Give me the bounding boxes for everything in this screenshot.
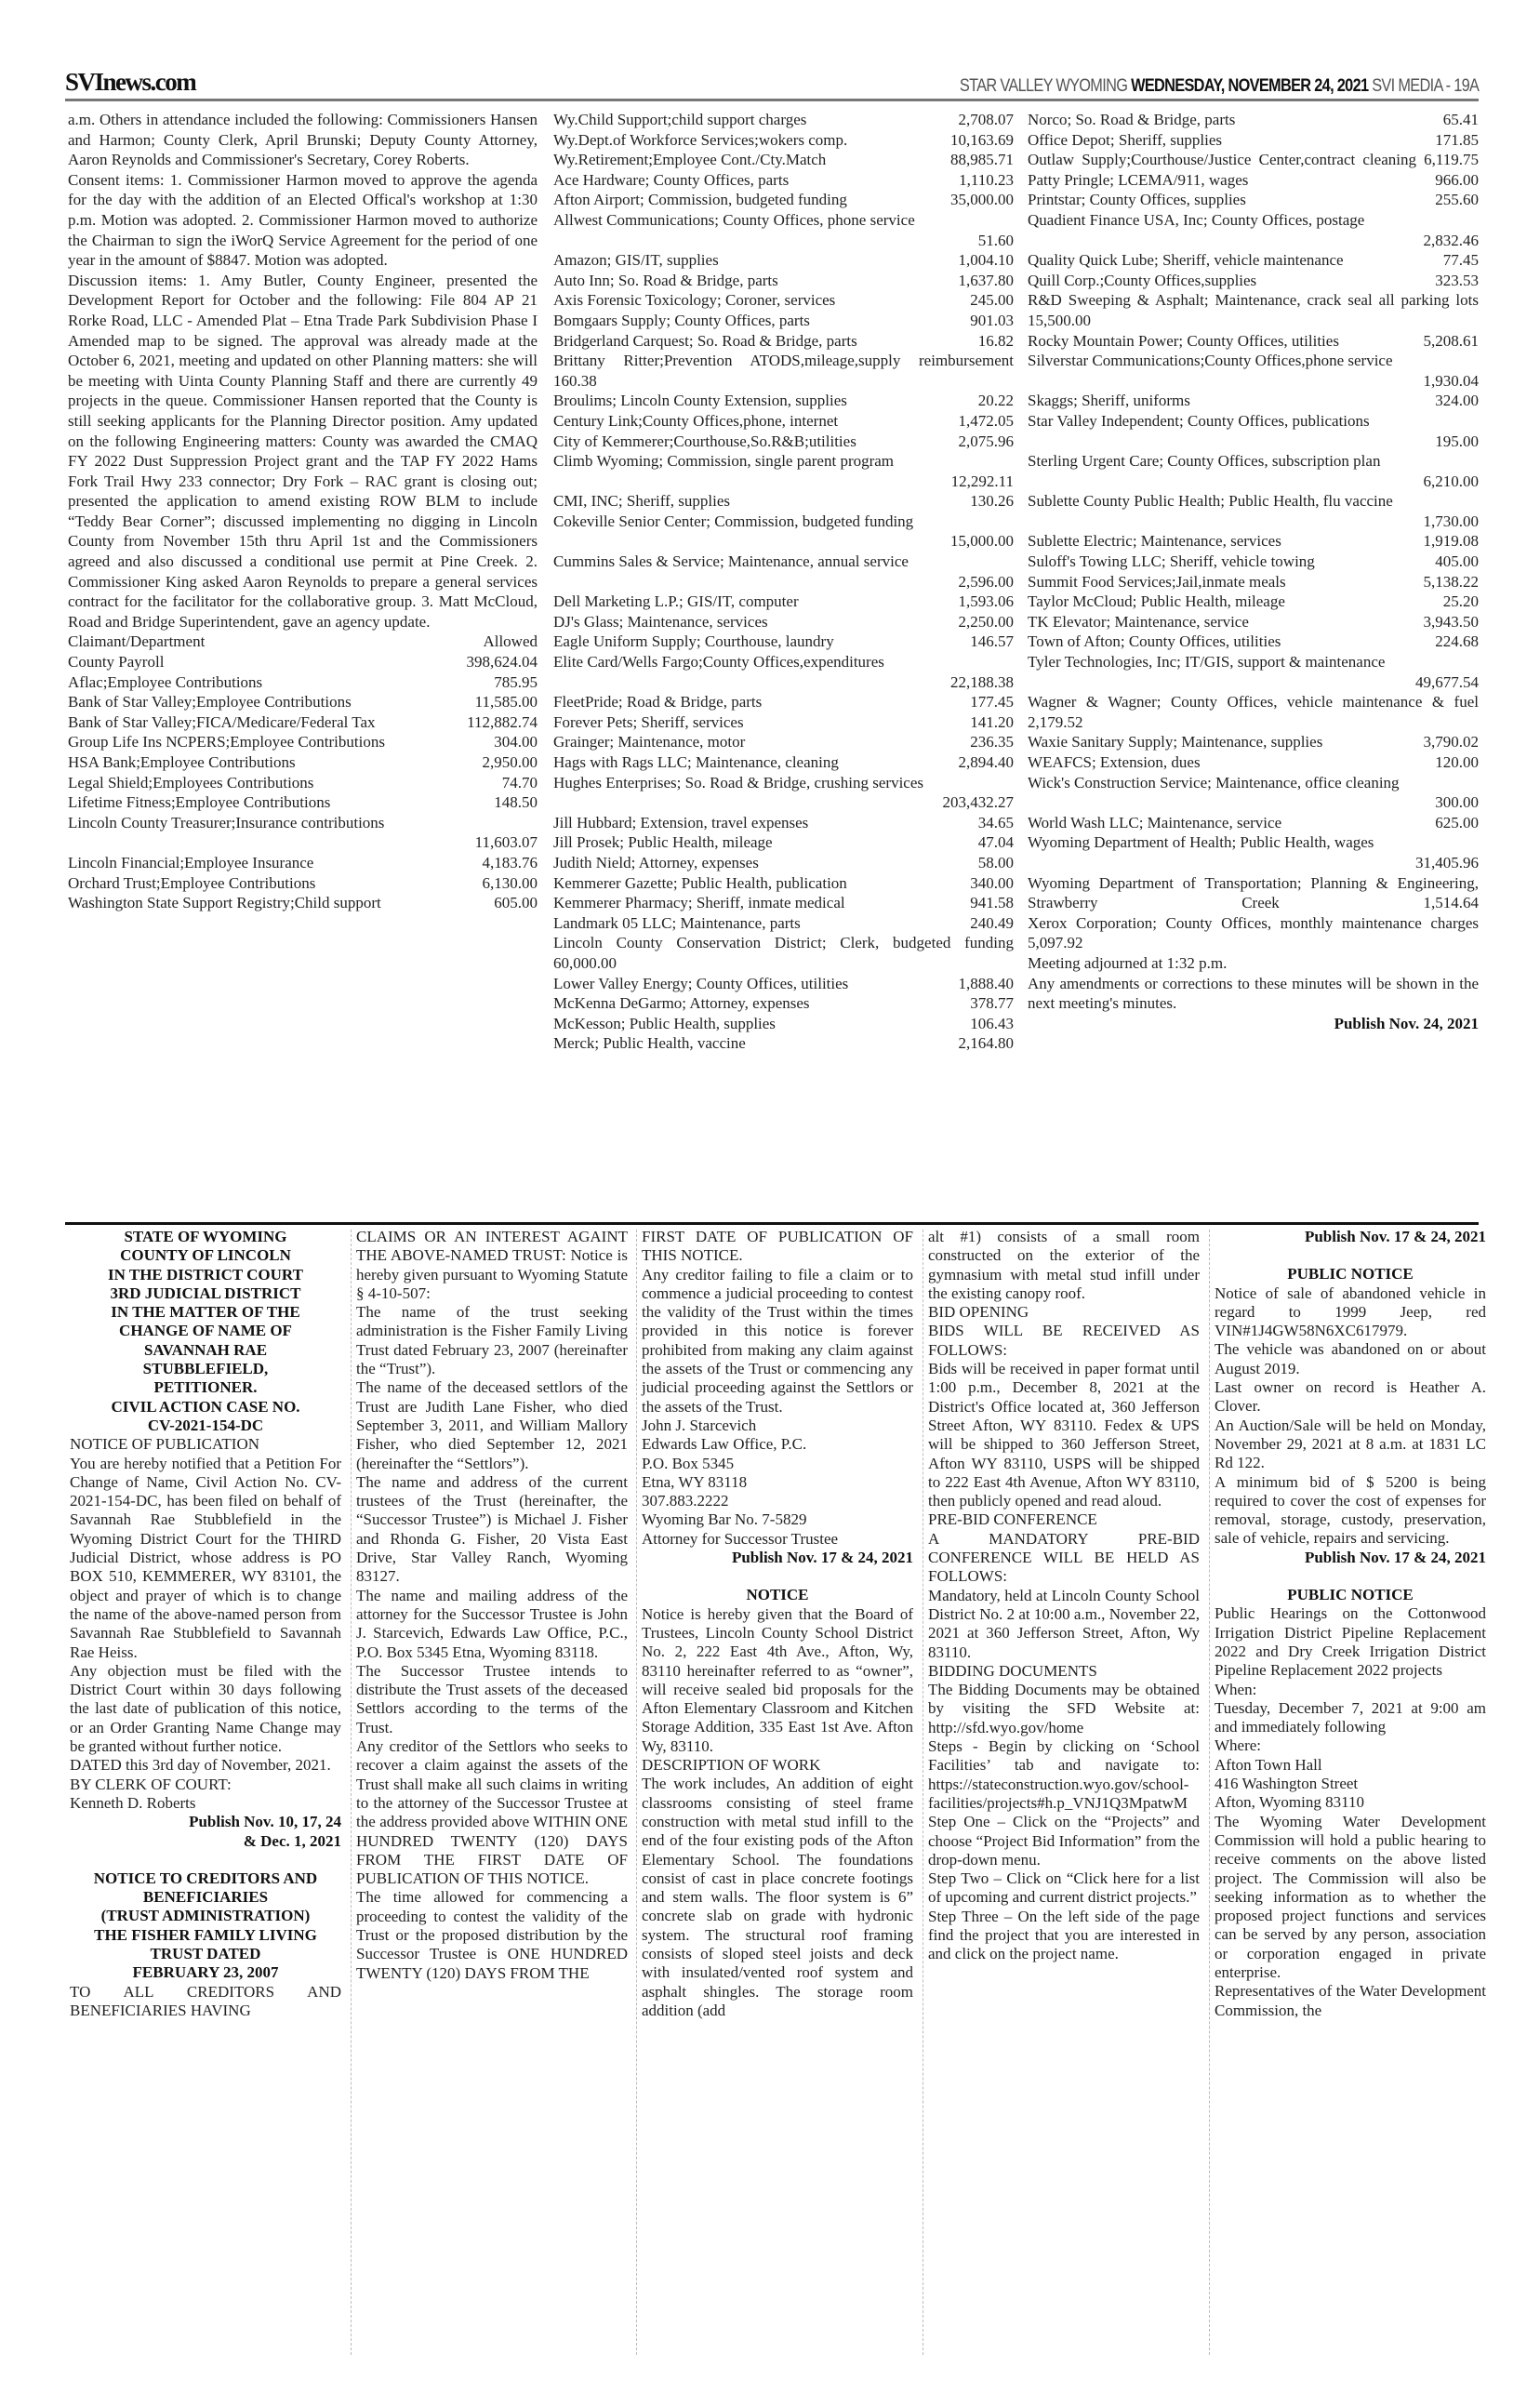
column-separator [1209, 1230, 1210, 2355]
column-separator [351, 1230, 352, 2355]
claim-row: Wagner & Wagner; County Offices, vehicle… [1028, 692, 1479, 732]
notice-paragraph: You are hereby notified that a Petition … [70, 1455, 341, 1662]
claim-row: Wy.Retirement;Employee Cont./Cty.Match88… [553, 150, 1014, 170]
notice-paragraph: Bids will be received in paper format un… [928, 1360, 1200, 1510]
claim-name: Auto Inn; So. Road & Bridge, parts [553, 271, 778, 291]
edition-line: STAR VALLEY WYOMING WEDNESDAY, NOVEMBER … [960, 76, 1479, 97]
notice-paragraph: Where: [1215, 1736, 1486, 1755]
signature-line: P.O. Box 5345 [642, 1455, 913, 1473]
claim-row: Broulims; Lincoln County Extension, supp… [553, 391, 1014, 411]
publish-date: Publish Nov. 24, 2021 [1028, 1014, 1479, 1034]
claim-amount: 1,514.64 [1424, 894, 1480, 911]
minutes-paragraph: a.m. Others in attendance included the f… [68, 110, 538, 170]
notice-paragraph: Steps - Begin by clicking on ‘School Fac… [928, 1737, 1200, 1813]
claim-row: Aflac;Employee Contributions785.95 [68, 672, 538, 693]
claim-amount: 398,624.04 [461, 652, 538, 672]
claim-amount: 941.58 [964, 893, 1014, 913]
minutes-column-1: a.m. Others in attendance included the f… [68, 110, 538, 913]
notice-paragraph: Step Two – Click on “Click here for a li… [928, 1869, 1200, 1908]
attorney-signature: John J. StarcevichEdwards Law Office, P.… [642, 1417, 913, 1549]
notice-paragraph: The vehicle was abandoned on or about Au… [1215, 1340, 1486, 1378]
site-name[interactable]: SVInews.com [65, 68, 195, 97]
claim-row: R&D Sweeping & Asphalt; Maintenance, cra… [1028, 290, 1479, 330]
claim-row: Taylor McCloud; Public Health, mileage25… [1028, 592, 1479, 612]
claims-list-3: Norco; So. Road & Bridge, parts65.41Offi… [1028, 110, 1479, 953]
claim-row: City of Kemmerer;Courthouse,So.R&B;utili… [553, 432, 1014, 452]
claim-row: Amazon; GIS/IT, supplies1,004.10 [553, 250, 1014, 271]
claim-amount: 1,919.08 [1418, 531, 1480, 552]
claim-row: Outlaw Supply;Courthouse/Justice Center,… [1028, 150, 1479, 170]
claim-name: Silverstar Communications;County Offices… [1028, 351, 1479, 371]
claim-name: Cummins Sales & Service; Maintenance, an… [553, 552, 1014, 572]
claim-amount: 148.50 [488, 792, 538, 813]
claim-amount: 74.70 [497, 773, 538, 793]
claim-name: HSA Bank;Employee Contributions [68, 752, 296, 773]
claim-name: Wy.Retirement;Employee Cont./Cty.Match [553, 150, 826, 170]
claim-row: Afton Airport; Commission, budgeted fund… [553, 190, 1014, 210]
heading-line: IN THE MATTER OF THE [70, 1303, 341, 1322]
claim-name: Brittany Ritter;Prevention ATODS,mileage… [553, 352, 1014, 369]
claim-amount: 378.77 [964, 993, 1014, 1014]
claim-row: Lincoln County Conservation District; Cl… [553, 933, 1014, 973]
claim-name: Dell Marketing L.P.; GIS/IT, computer [553, 592, 799, 612]
claim-name: Wagner & Wagner; County Offices, vehicle… [1028, 693, 1479, 711]
signature-line: John J. Starcevich [642, 1417, 913, 1435]
claim-row: Rocky Mountain Power; County Offices, ut… [1028, 331, 1479, 352]
claim-row: Hags with Rags LLC; Maintenance, cleanin… [553, 752, 1014, 773]
notice-subhead: NOTICE OF PUBLICATION [70, 1435, 341, 1454]
notice-paragraph: A minimum bid of $ 5200 is being require… [1215, 1473, 1486, 1549]
claim-name: Kemmerer Pharmacy; Sheriff, inmate medic… [553, 893, 845, 913]
claim-amount: 120.00 [1429, 752, 1479, 773]
claim-row: Forever Pets; Sheriff, services141.20 [553, 712, 1014, 733]
claim-name: DJ's Glass; Maintenance, services [553, 612, 768, 632]
claim-row: World Wash LLC; Maintenance, service625.… [1028, 813, 1479, 833]
claim-name: Waxie Sanitary Supply; Maintenance, supp… [1028, 732, 1322, 752]
heading-line: PETITIONER. [70, 1378, 341, 1397]
claim-row: Merck; Public Health, vaccine2,164.80 [553, 1033, 1014, 1054]
notice-paragraph: BIDDING DOCUMENTS [928, 1662, 1200, 1681]
claim-amount: 130.26 [964, 491, 1014, 512]
claim-name: Cokeville Senior Center; Commission, bud… [553, 512, 1014, 532]
claim-name: CMI, INC; Sheriff, supplies [553, 491, 730, 512]
signature-line: Etna, WY 83118 [642, 1473, 913, 1492]
claim-row: Kemmerer Gazette; Public Health, publica… [553, 873, 1014, 894]
publish-date: Publish Nov. 10, 17, 24 [70, 1813, 341, 1831]
heading-line: FEBRUARY 23, 2007 [70, 1963, 341, 1982]
claim-name: Washington State Support Registry;Child … [68, 893, 381, 913]
claim-name: Skaggs; Sheriff, uniforms [1028, 391, 1190, 411]
claim-name: Town of Afton; County Offices, utilities [1028, 632, 1281, 652]
claim-name: Summit Food Services;Jail,inmate meals [1028, 572, 1286, 592]
claim-name: Wyoming Department of Health; Public Hea… [1028, 832, 1479, 853]
notice-paragraph: When: [1215, 1681, 1486, 1699]
notice-paragraph: Notice is hereby given that the Board of… [642, 1605, 913, 1756]
claim-amount: 245.00 [964, 290, 1014, 311]
claim-amount: 304.00 [488, 732, 538, 752]
claim-row: WEAFCS; Extension, dues120.00 [1028, 752, 1479, 773]
claim-amount: 203,432.27 [553, 792, 1014, 813]
heading-line: THE FISHER FAMILY LIVING [70, 1926, 341, 1945]
claims-header: Claimant/Department Allowed [68, 632, 538, 652]
edition-prefix: STAR VALLEY WYOMING [960, 76, 1127, 96]
claim-row: Town of Afton; County Offices, utilities… [1028, 632, 1479, 652]
bid-notice-body: Notice is hereby given that the Board of… [642, 1605, 913, 2021]
heading-line: CIVIL ACTION CASE NO. [70, 1398, 341, 1417]
notice-heading: PUBLIC NOTICE [1215, 1265, 1486, 1284]
claim-amount: 2,596.00 [553, 572, 1014, 592]
claim-name: Legal Shield;Employees Contributions [68, 773, 313, 793]
claim-amount: 195.00 [1028, 432, 1479, 452]
claim-name: Wyoming Department of Transportation; Pl… [1028, 874, 1479, 912]
notice-paragraph: Mandatory, held at Lincoln County School… [928, 1587, 1200, 1662]
claim-row: Eagle Uniform Supply; Courthouse, laundr… [553, 632, 1014, 652]
heading-line: NOTICE TO CREDITORS AND [70, 1869, 341, 1888]
claim-amount: 31,405.96 [1028, 853, 1479, 873]
claim-row: Summit Food Services;Jail,inmate meals5,… [1028, 572, 1479, 592]
notice-paragraph: The name and mailing address of the atto… [356, 1587, 628, 1662]
notice-heading: PUBLIC NOTICE [1215, 1586, 1486, 1604]
claim-amount: 324.00 [1429, 391, 1479, 411]
trust-notice-heading: NOTICE TO CREDITORS ANDBENEFICIARIES(TRU… [70, 1869, 341, 1983]
claim-row: Washington State Support Registry;Child … [68, 893, 538, 913]
claim-name: Norco; So. Road & Bridge, parts [1028, 110, 1235, 130]
notice-paragraph: BID OPENING [928, 1303, 1200, 1322]
claim-amount: 2,894.40 [953, 752, 1015, 773]
claim-amount: 88,985.71 [945, 150, 1014, 170]
claims-list-2: Wy.Child Support;child support charges2,… [553, 110, 1014, 1054]
claim-row: Orchard Trust;Employee Contributions6,13… [68, 873, 538, 894]
notice-paragraph: Last owner on record is Heather A. Clove… [1215, 1378, 1486, 1417]
publish-date: Publish Nov. 17 & 24, 2021 [1215, 1549, 1486, 1567]
claim-amount: 146.57 [964, 632, 1014, 652]
claim-amount: 77.45 [1438, 250, 1479, 271]
notice-paragraph: Step One – Click on the “Projects” and c… [928, 1813, 1200, 1869]
signature-line: 307.883.2222 [642, 1492, 913, 1510]
heading-line: IN THE DISTRICT COURT [70, 1266, 341, 1284]
claim-name: Eagle Uniform Supply; Courthouse, laundr… [553, 632, 834, 652]
claim-amount: 1,730.00 [1028, 512, 1479, 532]
claim-amount: 34.65 [973, 813, 1014, 833]
heading-line: STUBBLEFIELD, [70, 1360, 341, 1378]
claim-amount: 785.95 [488, 672, 538, 693]
signature-line: Wyoming Bar No. 7-5829 [642, 1510, 913, 1529]
claim-name: Wy.Dept.of Workforce Services;wokers com… [553, 130, 847, 151]
claim-amount: 236.35 [964, 732, 1014, 752]
claim-row: Bridgerland Carquest; So. Road & Bridge,… [553, 331, 1014, 352]
claim-amount: 2,179.52 [1028, 713, 1083, 731]
claim-name: Broulims; Lincoln County Extension, supp… [553, 391, 847, 411]
notice-paragraph: Representatives of the Water Development… [1215, 1982, 1486, 2020]
claim-row: Wy.Dept.of Workforce Services;wokers com… [553, 130, 1014, 151]
heading-line: CV-2021-154-DC [70, 1417, 341, 1435]
claim-row: Jill Hubbard; Extension, travel expenses… [553, 813, 1014, 833]
claim-row: McKenna DeGarmo; Attorney, expenses378.7… [553, 993, 1014, 1014]
claim-row: DJ's Glass; Maintenance, services2,250.0… [553, 612, 1014, 632]
claim-name: Wy.Child Support;child support charges [553, 110, 806, 130]
claim-name: Sublette Electric; Maintenance, services [1028, 531, 1281, 552]
notice-column-3: FIRST DATE OF PUBLICATION OF THIS NOTICE… [642, 1228, 913, 2020]
claim-amount: 3,790.02 [1418, 732, 1480, 752]
notice-paragraph: Any objection must be filed with the Dis… [70, 1662, 341, 1756]
claim-amount: 2,075.96 [953, 432, 1015, 452]
claim-row: Norco; So. Road & Bridge, parts65.41 [1028, 110, 1479, 130]
claim-name: Hags with Rags LLC; Maintenance, cleanin… [553, 752, 839, 773]
claim-row: Office Depot; Sheriff, supplies171.85 [1028, 130, 1479, 151]
claim-name: Lifetime Fitness;Employee Contributions [68, 792, 330, 813]
claim-name: McKesson; Public Health, supplies [553, 1014, 776, 1034]
notice-paragraph: CLAIMS OR AN INTEREST AGAINT THE ABOVE-N… [356, 1228, 628, 1303]
claim-row: Lincoln Financial;Employee Insurance4,18… [68, 853, 538, 873]
claim-name: Lower Valley Energy; County Offices, uti… [553, 974, 848, 994]
claim-name: Forever Pets; Sheriff, services [553, 712, 744, 733]
claim-name: McKenna DeGarmo; Attorney, expenses [553, 993, 810, 1014]
claim-row: Landmark 05 LLC; Maintenance, parts240.4… [553, 913, 1014, 934]
notice-paragraph: Tuesday, December 7, 2021 at 9:00 am and… [1215, 1699, 1486, 1737]
claim-row: CMI, INC; Sheriff, supplies130.26 [553, 491, 1014, 512]
claim-name: City of Kemmerer;Courthouse,So.R&B;utili… [553, 432, 856, 452]
claim-amount: 5,097.92 [1028, 934, 1083, 951]
signature-line: Attorney for Successor Trustee [642, 1530, 913, 1549]
claim-row: Patty Pringle; LCEMA/911, wages966.00 [1028, 170, 1479, 191]
claim-name: Outlaw Supply;Courthouse/Justice Center,… [1028, 151, 1424, 168]
claim-row: Kemmerer Pharmacy; Sheriff, inmate medic… [553, 893, 1014, 913]
claim-amount: 2,832.46 [1028, 231, 1479, 251]
claim-row: Axis Forensic Toxicology; Coroner, servi… [553, 290, 1014, 311]
claim-amount: 1,110.23 [953, 170, 1014, 191]
masthead: SVInews.com STAR VALLEY WYOMING WEDNESDA… [65, 63, 1479, 97]
claim-amount: 106.43 [964, 1014, 1014, 1034]
claim-amount: 12,292.11 [553, 472, 1014, 492]
heading-line: TRUST DATED [70, 1945, 341, 1963]
notice-paragraph: The name of the trust seeking administra… [356, 1303, 628, 1378]
claim-amount: 3,943.50 [1418, 612, 1480, 632]
claim-amount: 4,183.76 [477, 853, 538, 873]
claim-name: World Wash LLC; Maintenance, service [1028, 813, 1281, 833]
claim-name: Grainger; Maintenance, motor [553, 732, 745, 752]
claim-name: Lincoln Financial;Employee Insurance [68, 853, 313, 873]
claim-name: Orchard Trust;Employee Contributions [68, 873, 315, 894]
claim-row: Lifetime Fitness;Employee Contributions1… [68, 792, 538, 813]
claim-amount: 177.45 [964, 692, 1014, 712]
claim-amount: 25.20 [1438, 592, 1479, 612]
notice-column-4: alt #1) consists of a small room constru… [928, 1228, 1200, 1964]
claim-name: Judith Nield; Attorney, expenses [553, 853, 759, 873]
notice-paragraph: 416 Washington Street [1215, 1775, 1486, 1793]
claim-amount: 11,585.00 [470, 692, 538, 712]
claim-name: Group Life Ins NCPERS;Employee Contribut… [68, 732, 385, 752]
heading-line: CHANGE OF NAME OF [70, 1322, 341, 1340]
vehicle-notice-body: Notice of sale of abandoned vehicle in r… [1215, 1284, 1486, 1549]
notice-paragraph: DESCRIPTION OF WORK [642, 1756, 913, 1775]
claim-name: Star Valley Independent; County Offices,… [1028, 411, 1479, 432]
notice-column-5: Publish Nov. 17 & 24, 2021 PUBLIC NOTICE… [1215, 1228, 1486, 2020]
claim-row: Wyoming Department of Transportation; Pl… [1028, 873, 1479, 913]
claim-name: Allwest Communications; County Offices, … [553, 210, 1014, 231]
notice-paragraph: The work includes, An addition of eight … [642, 1775, 913, 2020]
claim-row: Skaggs; Sheriff, uniforms324.00 [1028, 391, 1479, 411]
notice-paragraph: The time allowed for commencing a procee… [356, 1888, 628, 1982]
claim-name: FleetPride; Road & Bridge, parts [553, 692, 762, 712]
claim-row: Jill Prosek; Public Health, mileage47.04 [553, 832, 1014, 853]
claim-name: Sterling Urgent Care; County Offices, su… [1028, 451, 1479, 472]
allowed-header: Allowed [477, 632, 538, 652]
claim-row: Xerox Corporation; County Offices, month… [1028, 913, 1479, 953]
claim-name: Rocky Mountain Power; County Offices, ut… [1028, 331, 1339, 352]
name-change-heading: STATE OF WYOMINGCOUNTY OF LINCOLNIN THE … [70, 1228, 341, 1435]
claim-row: Printstar; County Offices, supplies255.6… [1028, 190, 1479, 210]
claim-amount: 1,472.05 [953, 411, 1015, 432]
notice-paragraph: FIRST DATE OF PUBLICATION OF THIS NOTICE… [642, 1228, 913, 1266]
claim-row: HSA Bank;Employee Contributions2,950.00 [68, 752, 538, 773]
claim-row: Century Link;County Offices,phone, inter… [553, 411, 1014, 432]
notice-paragraph: TO ALL CREDITORS AND BENEFICIARIES HAVIN… [70, 1983, 341, 2021]
claim-name: Century Link;County Offices,phone, inter… [553, 411, 838, 432]
claim-name: Xerox Corporation; County Offices, month… [1028, 914, 1479, 932]
claim-name: Elite Card/Wells Fargo;County Offices,ex… [553, 652, 1014, 672]
claim-amount: 10,163.69 [945, 130, 1014, 151]
claim-row: Waxie Sanitary Supply; Maintenance, supp… [1028, 732, 1479, 752]
claim-name: Bank of Star Valley;Employee Contributio… [68, 692, 352, 712]
claim-row: Grainger; Maintenance, motor236.35 [553, 732, 1014, 752]
claim-amount: 240.49 [964, 913, 1014, 934]
claim-amount: 5,208.61 [1418, 331, 1480, 352]
claim-amount: 2,250.00 [953, 612, 1015, 632]
notice-paragraph: Step Three – On the left side of the pag… [928, 1908, 1200, 1964]
minutes-column-2: Wy.Child Support;child support charges2,… [553, 110, 1014, 1054]
claim-name: Patty Pringle; LCEMA/911, wages [1028, 170, 1248, 191]
claim-name: Jill Hubbard; Extension, travel expenses [553, 813, 808, 833]
claim-amount: 15,000.00 [553, 531, 1014, 552]
heading-line: STATE OF WYOMING [70, 1228, 341, 1246]
claim-row: Dell Marketing L.P.; GIS/IT, computer1,5… [553, 592, 1014, 612]
claim-amount: 47.04 [973, 832, 1014, 853]
claim-name: Bridgerland Carquest; So. Road & Bridge,… [553, 331, 857, 352]
claim-name: Kemmerer Gazette; Public Health, publica… [553, 873, 847, 894]
claim-row: Auto Inn; So. Road & Bridge, parts1,637.… [553, 271, 1014, 291]
claimant-header: Claimant/Department [68, 632, 205, 652]
claim-amount: 171.85 [1429, 130, 1479, 151]
claim-name: Tyler Technologies, Inc; IT/GIS, support… [1028, 652, 1479, 672]
bid-notice-continued: alt #1) consists of a small room constru… [928, 1228, 1200, 1964]
claim-amount: 16.82 [973, 331, 1014, 352]
notice-paragraph: The name of the deceased settlors of the… [356, 1378, 628, 1472]
notice-paragraph: BIDS WILL BE RECEIVED AS FOLLOWS: [928, 1322, 1200, 1360]
claim-name: Merck; Public Health, vaccine [553, 1033, 746, 1054]
claims-list-1: County Payroll398,624.04Aflac;Employee C… [68, 652, 538, 913]
claim-name: Bomgaars Supply; County Offices, parts [553, 311, 810, 331]
publish-date: Publish Nov. 17 & 24, 2021 [1215, 1228, 1486, 1246]
hearing-notice-body: Public Hearings on the Cottonwood Irriga… [1215, 1604, 1486, 2020]
claim-row: Bomgaars Supply; County Offices, parts90… [553, 311, 1014, 331]
claim-amount: 224.68 [1429, 632, 1479, 652]
signature-line: Edwards Law Office, P.C. [642, 1435, 913, 1454]
notice-paragraph: Afton, Wyoming 83110 [1215, 1793, 1486, 1812]
claim-row: Sublette Electric; Maintenance, services… [1028, 531, 1479, 552]
claim-amount: 625.00 [1429, 813, 1479, 833]
trust-notice-body: CLAIMS OR AN INTEREST AGAINT THE ABOVE-N… [356, 1228, 628, 1983]
heading-line: 3RD JUDICIAL DISTRICT [70, 1284, 341, 1303]
notice-paragraph: PRE-BID CONFERENCE [928, 1510, 1200, 1529]
claim-name: Office Depot; Sheriff, supplies [1028, 130, 1222, 151]
claim-row: McKesson; Public Health, supplies106.43 [553, 1014, 1014, 1034]
heading-line: BENEFICIARIES [70, 1888, 341, 1907]
claim-name: Aflac;Employee Contributions [68, 672, 262, 693]
notice-paragraph: A MANDATORY PRE-BID CONFERENCE WILL BE H… [928, 1530, 1200, 1587]
claim-row: Suloff's Towing LLC; Sheriff, vehicle to… [1028, 552, 1479, 572]
masthead-rule [65, 99, 1479, 101]
claim-name: Afton Airport; Commission, budgeted fund… [553, 190, 847, 210]
heading-line: COUNTY OF LINCOLN [70, 1246, 341, 1265]
page-number: SVI MEDIA - 19A [1372, 76, 1479, 96]
notice-paragraph: Notice of sale of abandoned vehicle in r… [1215, 1284, 1486, 1341]
section-rule [65, 1222, 1479, 1225]
claim-amount: 255.60 [1429, 190, 1479, 210]
claim-amount: 51.60 [553, 231, 1014, 251]
claim-amount: 22,188.38 [553, 672, 1014, 693]
claim-row: TK Elevator; Maintenance, service3,943.5… [1028, 612, 1479, 632]
notice-paragraph: Any creditor failing to file a claim or … [642, 1266, 913, 1417]
notice-paragraph: Afton Town Hall [1215, 1756, 1486, 1775]
claim-name: Quill Corp.;County Offices,supplies [1028, 271, 1256, 291]
publish-date: Publish Nov. 17 & 24, 2021 [642, 1549, 913, 1567]
claim-amount: 60,000.00 [553, 954, 617, 972]
claim-amount: 405.00 [1429, 552, 1479, 572]
claim-name: TK Elevator; Maintenance, service [1028, 612, 1249, 632]
claim-row: Ace Hardware; County Offices, parts1,110… [553, 170, 1014, 191]
claim-amount: 1,004.10 [953, 250, 1015, 271]
claim-row: Bank of Star Valley;FICA/Medicare/Federa… [68, 712, 538, 733]
minutes-paragraph: Discussion items: 1. Amy Butler, County … [68, 271, 538, 632]
claim-amount: 966.00 [1429, 170, 1479, 191]
claim-amount: 1,930.04 [1028, 371, 1479, 392]
notice-paragraph: alt #1) consists of a small room constru… [928, 1228, 1200, 1303]
claim-name: Hughes Enterprises; So. Road & Bridge, c… [553, 773, 1014, 793]
issue-date: WEDNESDAY, NOVEMBER 24, 2021 [1131, 76, 1368, 96]
claim-row: County Payroll398,624.04 [68, 652, 538, 672]
claim-row: Bank of Star Valley;Employee Contributio… [68, 692, 538, 712]
notice-paragraph: DATED this 3rd day of November, 2021. [70, 1756, 341, 1775]
claim-amount: 901.03 [964, 311, 1014, 331]
claim-row: Legal Shield;Employees Contributions74.7… [68, 773, 538, 793]
claim-name: R&D Sweeping & Asphalt; Maintenance, cra… [1028, 291, 1479, 309]
column-separator [636, 1230, 637, 2355]
adjourned-text: Meeting adjourned at 1:32 p.m. [1028, 953, 1479, 974]
claim-amount: 65.41 [1438, 110, 1479, 130]
claim-name: Ace Hardware; County Offices, parts [553, 170, 789, 191]
claim-amount: 300.00 [1028, 792, 1479, 813]
notice-paragraph: BY CLERK OF COURT: [70, 1776, 341, 1794]
claim-amount: 35,000.00 [945, 190, 1014, 210]
notice-paragraph: The name and address of the current trus… [356, 1473, 628, 1587]
claim-name: County Payroll [68, 652, 164, 672]
claim-name: Amazon; GIS/IT, supplies [553, 250, 719, 271]
claim-name: Climb Wyoming; Commission, single parent… [553, 451, 1014, 472]
minutes-column-3: Norco; So. Road & Bridge, parts65.41Offi… [1028, 110, 1479, 1033]
claim-name: Taylor McCloud; Public Health, mileage [1028, 592, 1285, 612]
claim-name: Wick's Construction Service; Maintenance… [1028, 773, 1479, 793]
notice-paragraph: The Bidding Documents may be obtained by… [928, 1681, 1200, 1737]
claim-amount: 1,637.80 [953, 271, 1015, 291]
claim-row: Wy.Child Support;child support charges2,… [553, 110, 1014, 130]
claim-amount: 5,138.22 [1418, 572, 1480, 592]
notice-paragraph: An Auction/Sale will be held on Monday, … [1215, 1417, 1486, 1473]
claim-amount: 340.00 [964, 873, 1014, 894]
claim-row: Group Life Ins NCPERS;Employee Contribut… [68, 732, 538, 752]
amendments-text: Any amendments or corrections to these m… [1028, 974, 1479, 1014]
notice-paragraph: The Wyoming Water Development Commission… [1215, 1813, 1486, 1983]
claim-name: Lincoln County Treasurer;Insurance contr… [68, 813, 538, 833]
